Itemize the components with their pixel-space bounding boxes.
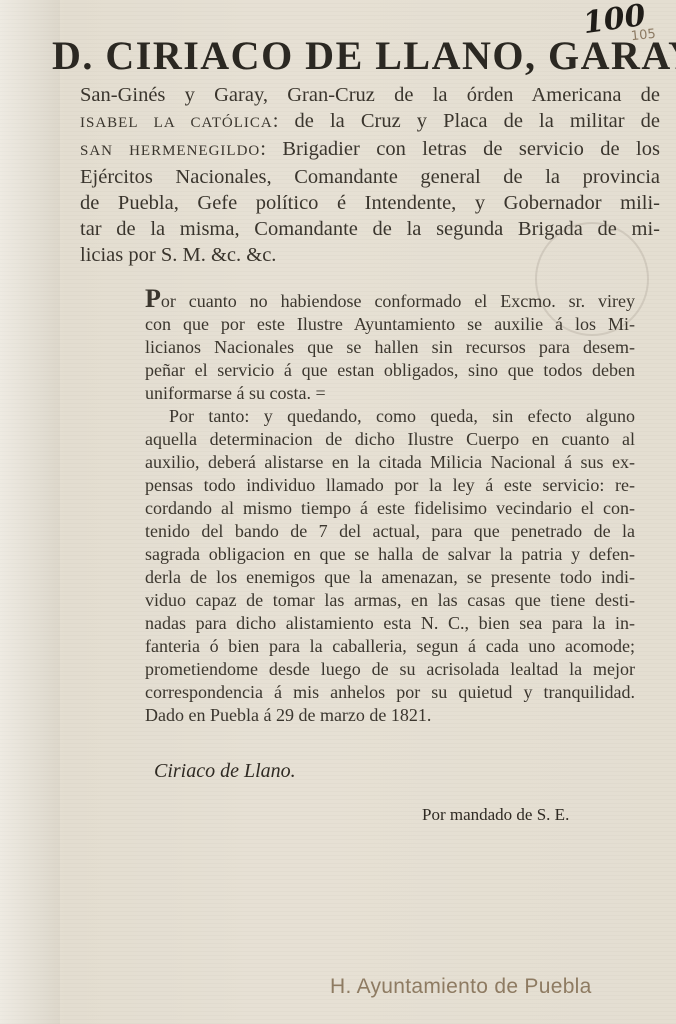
- paragraph-line: fanteria ó bien para la caballeria, segu…: [145, 635, 635, 658]
- paragraph-line: viduo capaz de tomar las armas, en las c…: [145, 589, 635, 612]
- honorific-line: San-Ginés y Garay, Gran-Cruz de la órden…: [80, 82, 660, 108]
- decree-body: Por cuanto no habiendose conformado el E…: [145, 287, 635, 727]
- paragraph-line: sagrada obligacion en que se halla de sa…: [145, 543, 635, 566]
- order-attribution: Por mandado de S. E.: [422, 805, 569, 825]
- page-fold-shadow: [0, 0, 60, 1024]
- paragraph-line: nadas para dicho alistamiento esta N. C.…: [145, 612, 635, 635]
- paragraph-line: prometiendome desde luego de su acrisola…: [145, 658, 635, 681]
- honorific-line: Ejércitos Nacionales, Comandante general…: [80, 164, 660, 190]
- paragraph-line: licianos Nacionales que se hallen sin re…: [145, 336, 635, 359]
- paragraph-line: con que por este Ilustre Ayuntamiento se…: [145, 313, 635, 336]
- paragraph-line: auxilio, deberá alistarse en la citada M…: [145, 451, 635, 474]
- paragraph-line: pensas todo individuo llamado por la ley…: [145, 474, 635, 497]
- document-title: D. CIRIACO DE LLANO, GARAY,: [52, 32, 676, 79]
- signature: Ciriaco de Llano.: [154, 760, 296, 783]
- paragraph-line: tenido del bando de 7 del actual, para q…: [145, 520, 635, 543]
- archive-watermark: H. Ayuntamiento de Puebla: [330, 975, 592, 999]
- small-caps-text: ISABEL LA CATÓLICA: [80, 115, 273, 131]
- paragraph-line: aquella determinacion de dicho Ilustre C…: [145, 428, 635, 451]
- paragraph-line: derla de los enemigos que la amenazan, s…: [145, 566, 635, 589]
- honorific-line: de Puebla, Gefe político é Intendente, y…: [80, 190, 660, 216]
- paragraph-line: uniformarse á su costa. =: [145, 382, 635, 405]
- paragraph-line: peñar el servicio á que estan obligados,…: [145, 359, 635, 382]
- honorific-line: ISABEL LA CATÓLICA: de la Cruz y Placa d…: [80, 108, 660, 136]
- paragraph-line: Por tanto: y quedando, como queda, sin e…: [145, 405, 635, 428]
- small-caps-text: SAN HERMENEGILDO: [80, 143, 260, 159]
- honorific-line: SAN HERMENEGILDO: Brigadier con letras d…: [80, 136, 660, 164]
- drop-cap: P: [145, 284, 161, 313]
- paragraph-line: correspondencia á mis anhelos por su qui…: [145, 681, 635, 704]
- date-line: Dado en Puebla á 29 de marzo de 1821.: [145, 704, 635, 727]
- paragraph-line: cordando al mismo tiempo á este fidelisi…: [145, 497, 635, 520]
- honorific-text: : Brigadier con letras de servicio de lo…: [260, 138, 660, 160]
- honorific-text: : de la Cruz y Placa de la militar de: [273, 110, 660, 132]
- paragraph-line: Por cuanto no habiendose conformado el E…: [145, 287, 635, 313]
